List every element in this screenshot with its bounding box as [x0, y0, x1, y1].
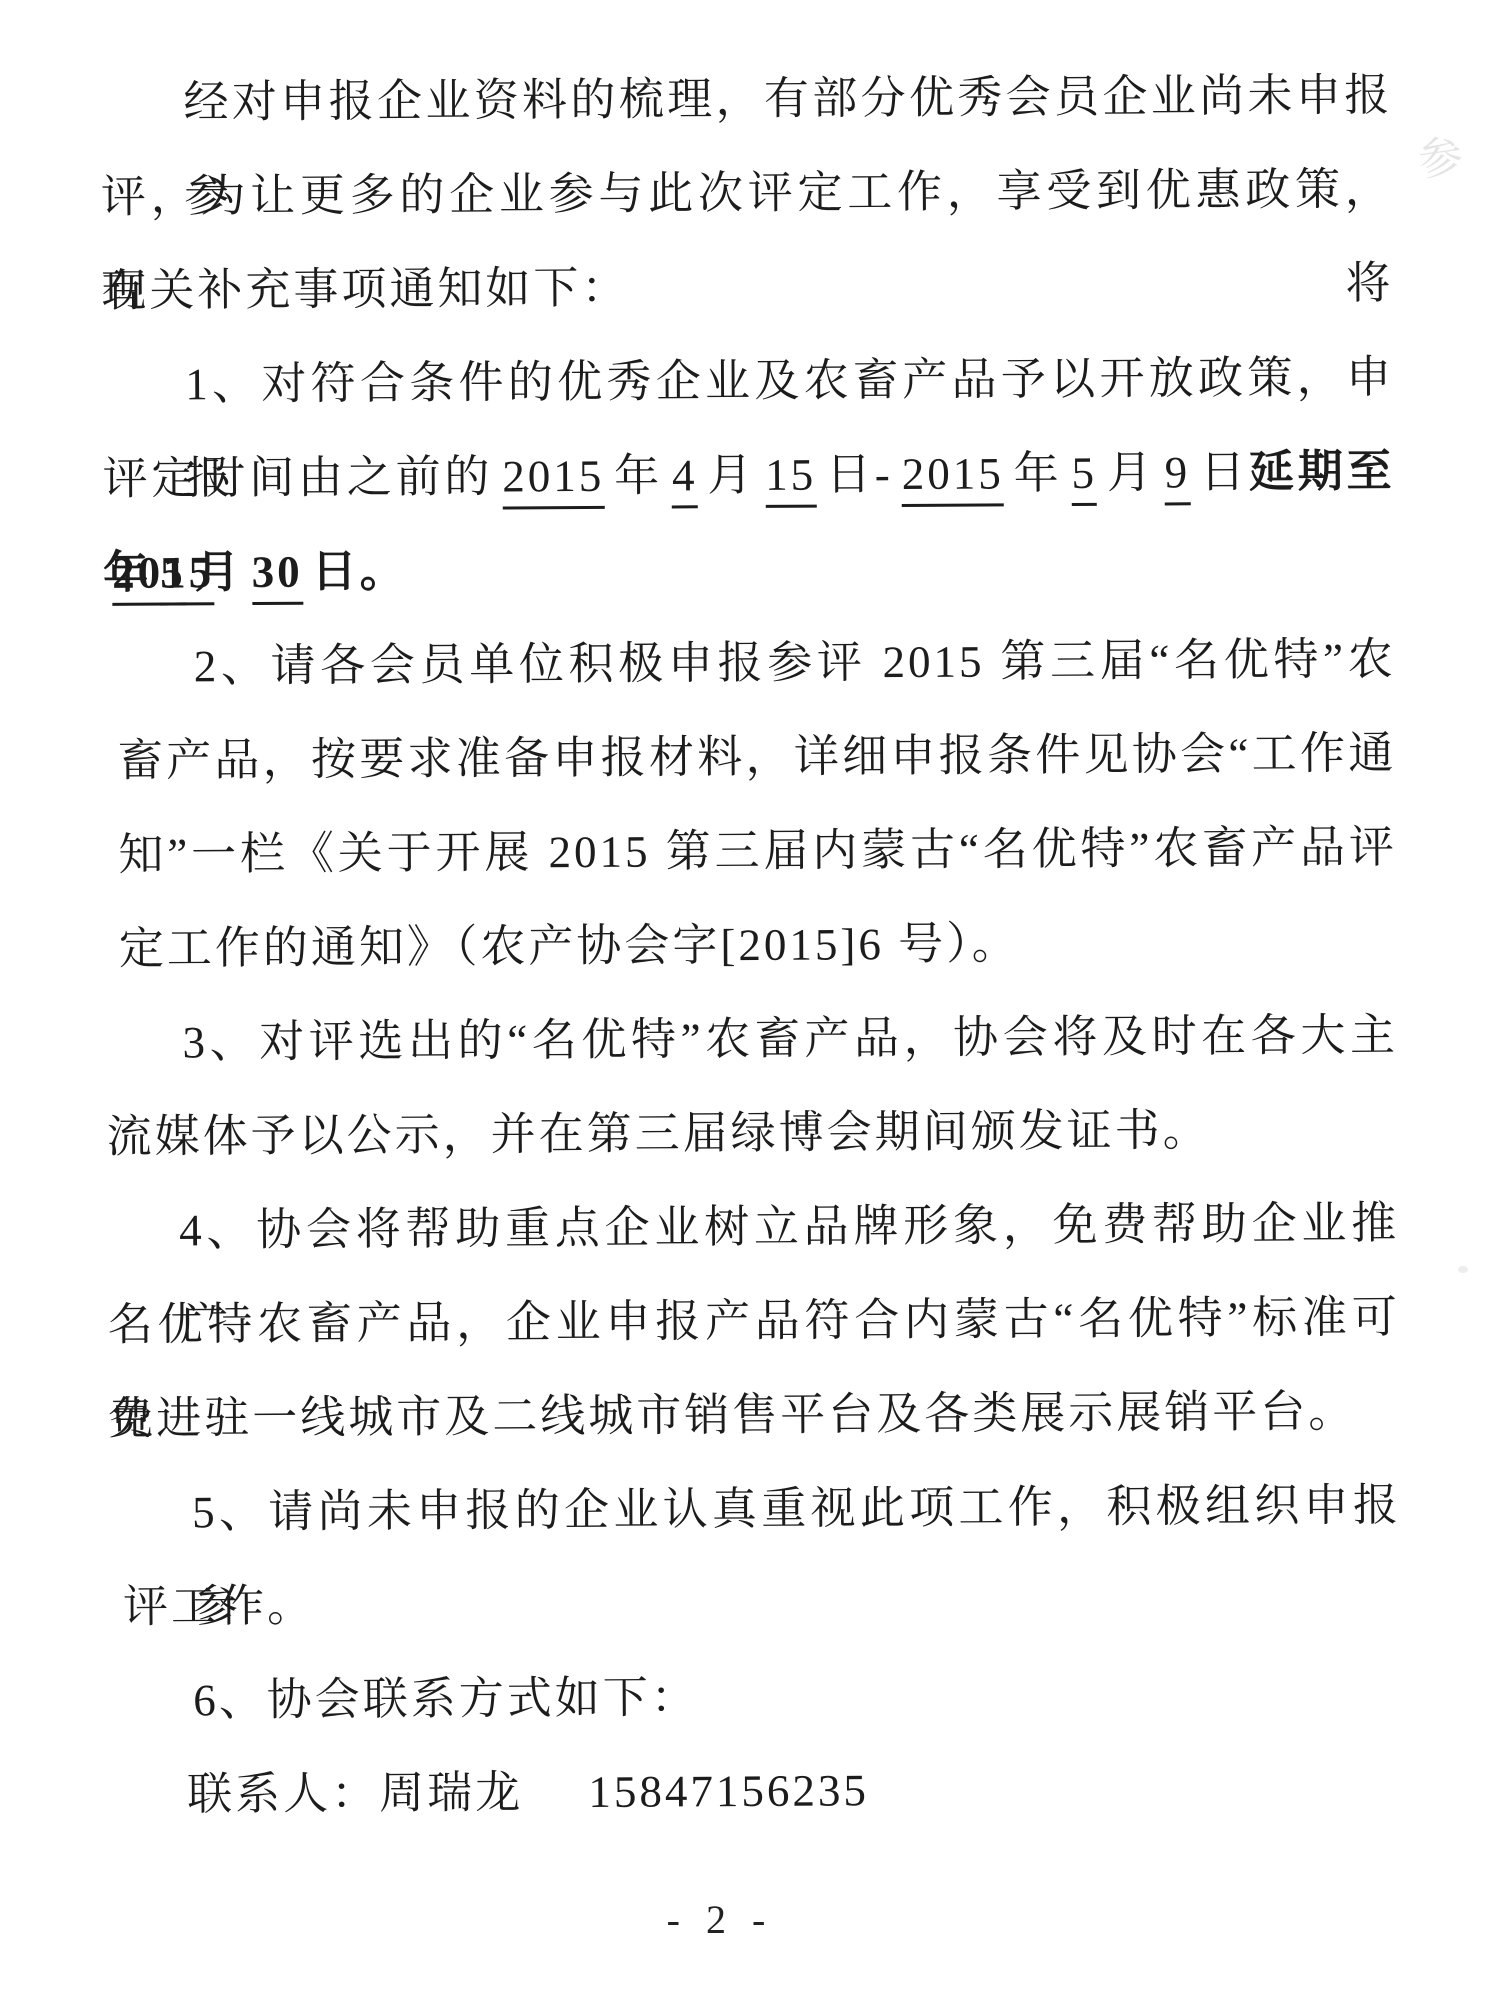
- emphasized-text: 2015: [902, 448, 1004, 507]
- emphasized-text: 延期至: [1249, 446, 1395, 497]
- emphasized-text: 4: [672, 450, 698, 508]
- emphasized-text: 30: [252, 547, 303, 605]
- text-run: 有关补充事项通知如下：: [101, 263, 629, 316]
- text-line: 联系人：周瑞龙15847156235: [110, 1740, 1403, 1842]
- text-line: 名优特农畜产品，企业申报产品符合内蒙古“名优特”标准可免: [107, 1270, 1400, 1372]
- text-run: 流媒体予以公示，并在第三届绿博会期间颁发证书。: [106, 1105, 1210, 1162]
- text-line: 流媒体予以公示，并在第三届绿博会期间颁发证书。: [106, 1082, 1399, 1184]
- scan-artifact-speck: [1458, 1266, 1468, 1273]
- emphasized-text: 5: [1071, 448, 1097, 506]
- text-line: 评工作。: [109, 1552, 1402, 1654]
- text-run: 月: [1106, 448, 1156, 498]
- document-body: 经对申报企业资料的梳理，有部分优秀会员企业尚未申报参评，为让更多的企业参与此次评…: [100, 48, 1403, 1842]
- text-line: 1、对符合条件的优秀企业及农畜产品予以开放政策，申报: [102, 330, 1395, 432]
- text-line: 2、请各会员单位积极申报参评 2015 第三届“名优特”农: [103, 612, 1396, 714]
- text-line: 费进驻一线城市及二线城市销售平台及各类展示展销平台。: [108, 1364, 1401, 1466]
- text-line: 6、协会联系方式如下：: [110, 1646, 1403, 1748]
- text-line: 年5月30日。: [103, 518, 1396, 620]
- page-number: - 2 -: [0, 1896, 1440, 1943]
- text-run: 评定时间由之前的: [102, 452, 493, 504]
- text-line: 知”一栏《关于开展 2015 第三届内蒙古“名优特”农畜产品评: [105, 800, 1398, 902]
- text-run: 费进驻一线城市及二线城市销售平台及各类展示展销平台。: [108, 1386, 1356, 1444]
- emphasized-text: 年: [103, 548, 151, 598]
- text-line: 定工作的通知》（农产协会字[2015]6 号）。: [105, 894, 1398, 996]
- emphasized-text: 15: [765, 450, 816, 508]
- scan-artifact-ghost-char: 参: [1414, 119, 1466, 189]
- emphasized-text: 月: [195, 547, 243, 597]
- text-line: 畜产品，按要求准备申报材料，详细申报条件见协会“工作通: [104, 706, 1397, 808]
- text-run: 6、协会联系方式如下：: [193, 1672, 699, 1725]
- emphasized-text: 5: [160, 547, 186, 605]
- text-run: 日: [1199, 447, 1249, 497]
- text-run: 联系人：周瑞龙: [187, 1767, 523, 1819]
- document-page: 经对申报企业资料的梳理，有部分优秀会员企业尚未申报参评，为让更多的企业参与此次评…: [0, 0, 1489, 1992]
- text-run: 定工作的通知》（农产协会字[2015]6 号）。: [119, 918, 1020, 974]
- text-line: 4、协会将帮助重点企业树立品牌形象，免费帮助企业推广: [107, 1176, 1400, 1278]
- text-run: 知”一栏《关于开展 2015 第三届内蒙古“名优特”农畜产品评: [118, 822, 1397, 880]
- text-line: 经对申报企业资料的梳理，有部分优秀会员企业尚未申报参: [100, 48, 1393, 150]
- text-line: 5、请尚未申报的企业认真重视此项工作，积极组织申报参: [109, 1458, 1402, 1560]
- emphasized-text: 2015: [502, 451, 604, 510]
- text-run: 3、对评选出的“名优特”农畜产品，协会将及时在各大主: [182, 1010, 1398, 1067]
- text-run: 评工作。: [123, 1581, 315, 1632]
- text-run: 日-: [825, 449, 893, 499]
- emphasized-text: 9: [1165, 447, 1191, 505]
- text-line: 评，为让更多的企业参与此次评定工作，享受到优惠政策，现将: [101, 142, 1394, 244]
- text-run: 2、请各会员单位积极申报参评 2015 第三届“名优特”农: [194, 634, 1396, 691]
- text-run: 畜产品，按要求准备申报材料，详细申报条件见协会“工作通: [118, 728, 1397, 786]
- text-line: 评定时间由之前的2015年4月15日-2015年5月9日延期至2015: [102, 424, 1395, 526]
- emphasized-text: 日。: [312, 546, 408, 597]
- text-run: 年: [1013, 448, 1063, 498]
- text-run: 月: [706, 450, 756, 500]
- text-line: 3、对评选出的“名优特”农畜产品，协会将及时在各大主: [106, 988, 1399, 1090]
- text-run: 15847156235: [588, 1765, 869, 1817]
- text-run: 年: [613, 451, 663, 501]
